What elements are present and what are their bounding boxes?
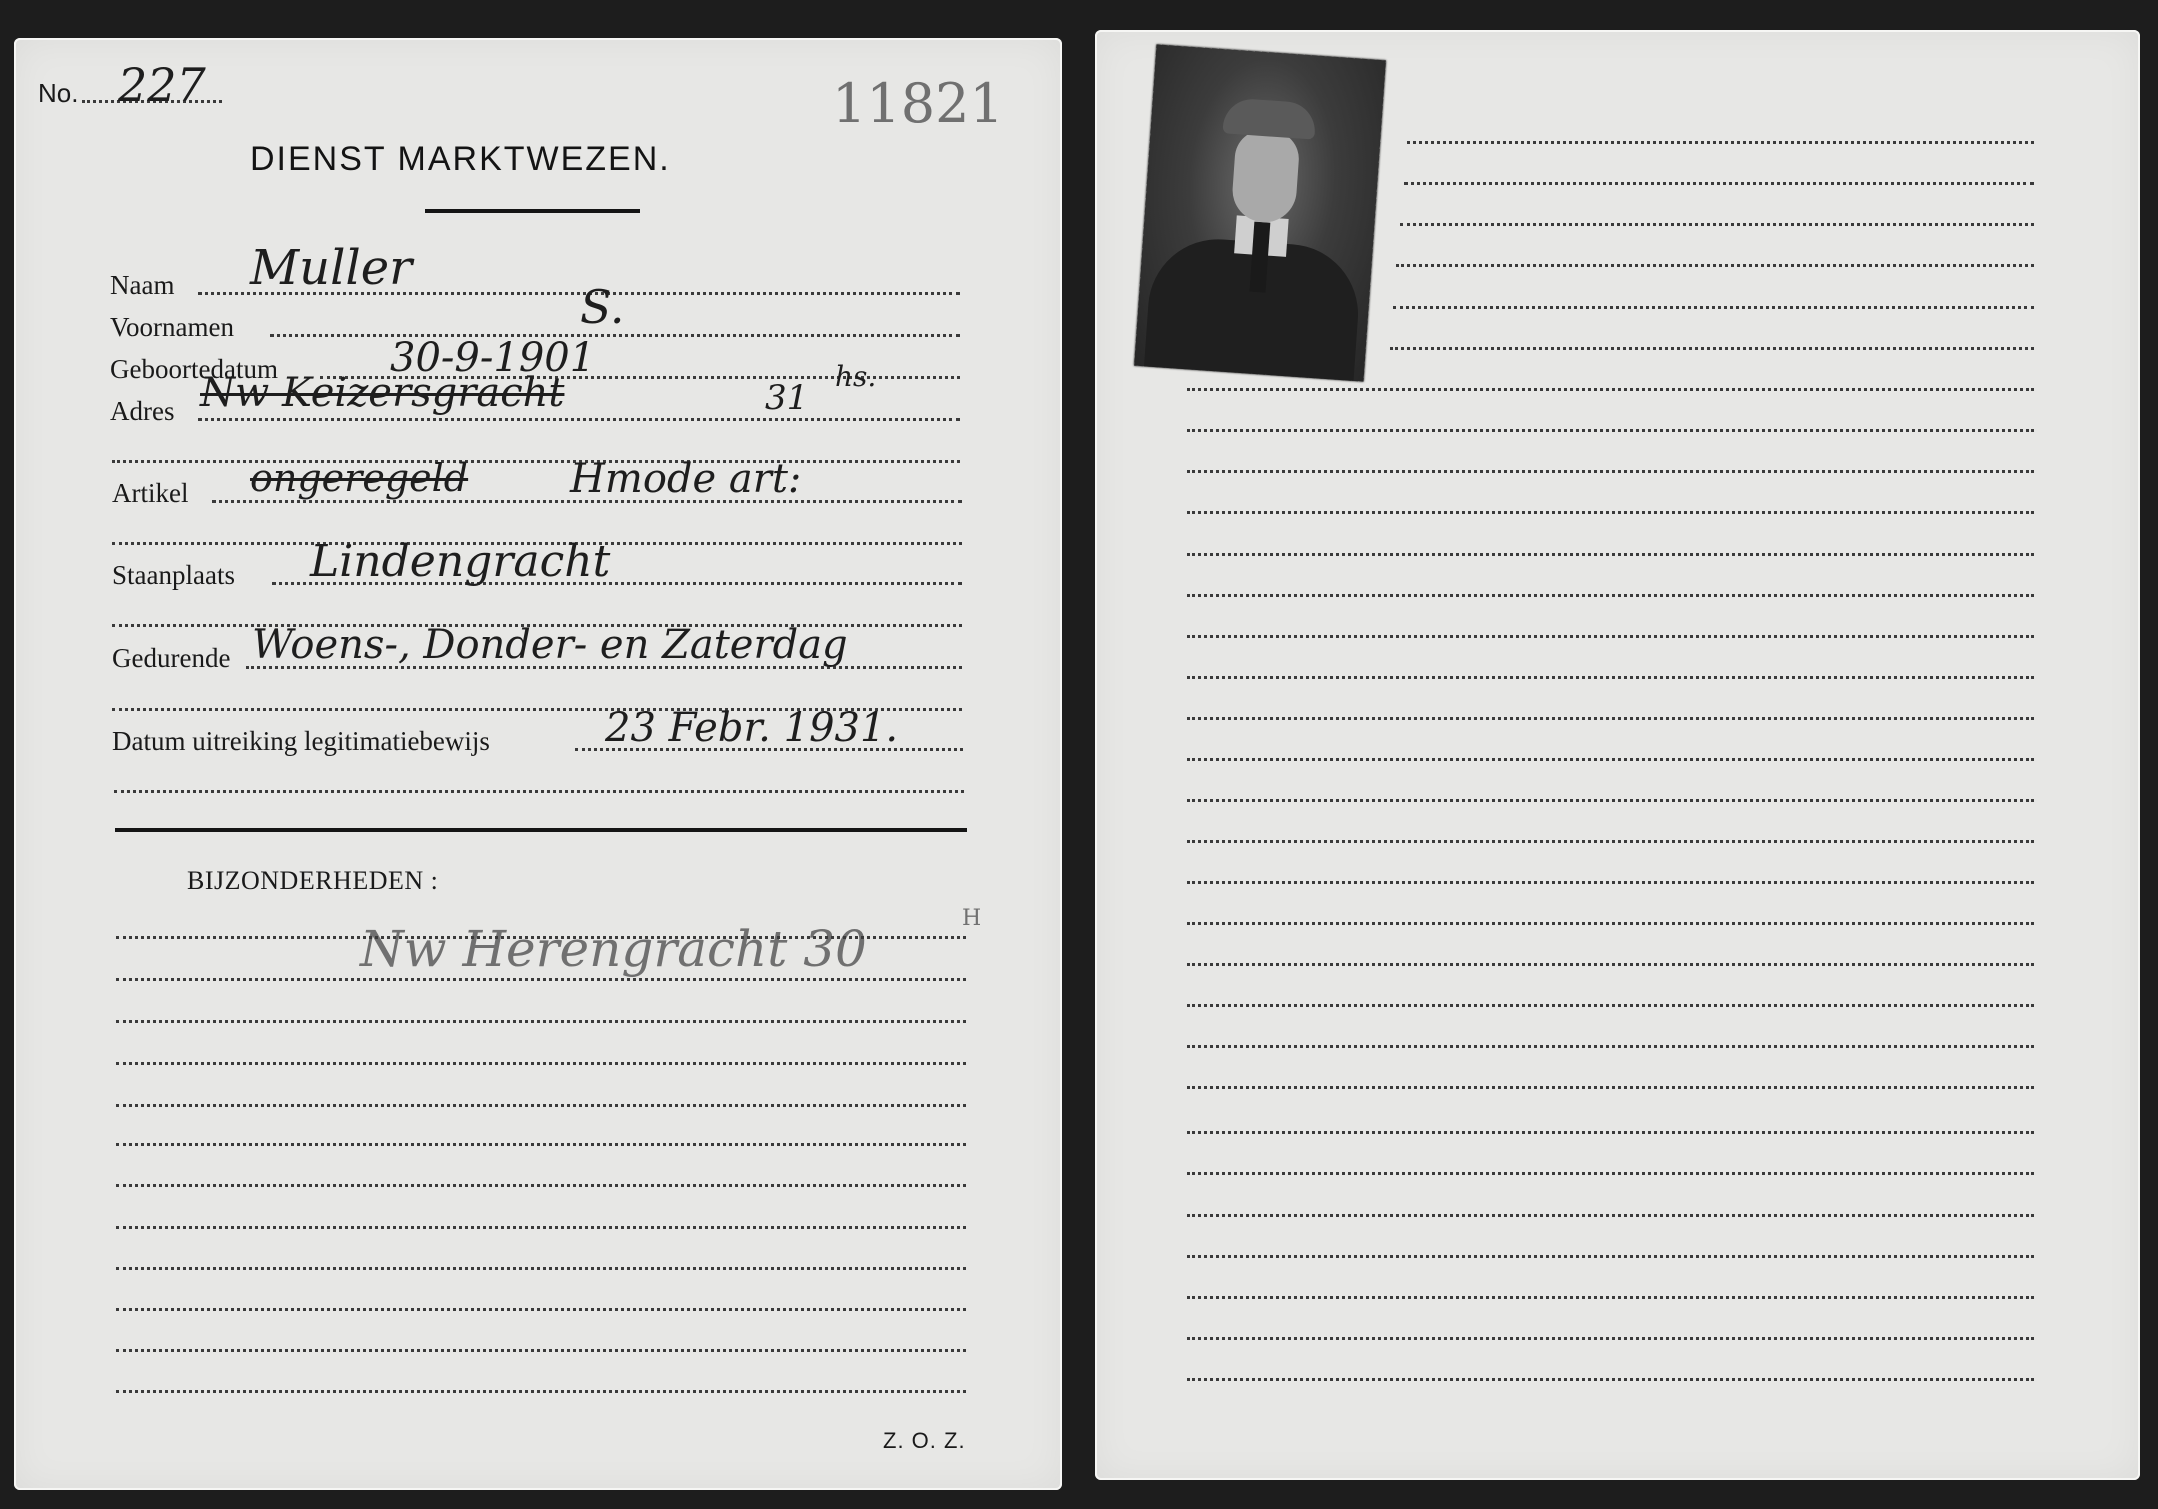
gedurende-label: Gedurende [112,643,230,674]
artikel-value-struck: ongeregeld [250,456,468,500]
voornamen-label: Voornamen [110,312,234,343]
voornamen-value: S. [580,280,625,334]
datum-uitreiking-value: 23 Febr. 1931. [605,705,898,751]
staanplaats-value: Lindengracht [310,536,610,587]
datum-uitreiking-label: Datum uitreiking legitimatiebewijs [112,726,490,757]
naam-label: Naam [110,270,174,301]
staanplaats-label: Staanplaats [112,560,235,591]
number-label: No. [38,78,78,109]
card-title: DIENST MARKTWEZEN. [250,140,671,179]
bijzonderheden-note: Nw Herengracht 30 [360,920,867,978]
adres-label: Adres [110,396,174,427]
datum-extra-line [114,790,964,793]
adres-suffix: hs. [835,360,876,393]
artikel-value: Hmode art: [570,456,801,502]
gedurende-value: Woens-, Donder- en Zaterdag [252,622,848,668]
naam-value: Muller [250,240,412,296]
artikel-label: Artikel [112,478,188,509]
zoz-footer: Z. O. Z. [883,1428,966,1454]
adres-line [198,418,960,421]
bijzonderheden-label: BIJZONDERHEDEN : [187,866,438,896]
bijzonderheden-note-suffix: H [962,906,981,931]
registration-card-front [14,38,1062,1490]
voornamen-line [270,334,960,337]
adres-extra-line [112,460,960,463]
section-divider [115,828,967,832]
adres-value: 31 [765,378,808,418]
archive-number: 11821 [832,72,1004,135]
title-underline [425,209,640,213]
number-value: 227 [118,58,206,112]
portrait-photo [1134,44,1386,381]
adres-value-struck: Nw Keizersgracht [200,370,564,416]
